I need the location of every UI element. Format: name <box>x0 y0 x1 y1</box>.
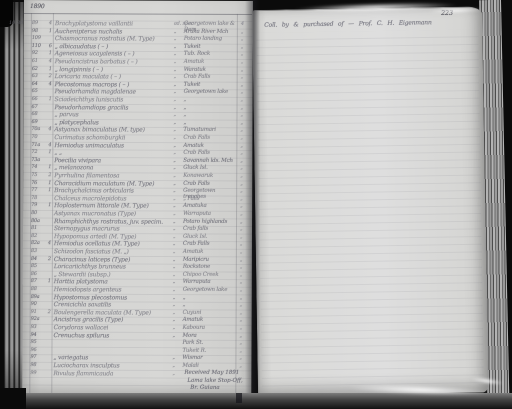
row-qty: 1 <box>49 50 52 56</box>
row-num: 74 <box>31 164 49 170</box>
row-name: Crenicichla saxatilis <box>54 301 174 309</box>
row-mark: „ <box>240 150 242 156</box>
row-num: 88 <box>31 286 49 292</box>
row-loc: „ <box>183 112 239 118</box>
row-name: Astyanax mucronatus (Type) <box>54 210 174 218</box>
row-loc: Waratuk <box>184 66 240 72</box>
row-num: 95 <box>30 339 48 345</box>
row-cond: „ <box>173 173 175 179</box>
row-num: 73a <box>31 157 49 163</box>
row-loc: „ <box>183 294 239 300</box>
row-num: 92a <box>31 316 49 322</box>
row-name: Brachyplatystoma vaillantii <box>55 20 175 28</box>
row-qty: 4 <box>49 20 52 26</box>
row-cond: „ <box>172 370 174 376</box>
row-cond: „ <box>174 36 176 42</box>
row-mark: „ <box>240 127 242 133</box>
row-qty: 1 <box>49 96 52 102</box>
dark-corner-bottom-left <box>0 388 26 409</box>
row-num: 85 <box>31 263 49 269</box>
row-mark: „ <box>241 59 243 65</box>
row-num: 98 <box>32 28 50 34</box>
row-name: Ancistrus gracilis (Type) <box>54 317 174 325</box>
row-name: Loricaria maculata ( – ) <box>55 73 175 81</box>
row-num: 93 <box>31 324 49 330</box>
row-loc: Amatuk <box>184 59 240 65</box>
row-mark: „ <box>240 188 242 194</box>
row-name: Chasmocranus rostratus (M. Type) <box>55 35 175 43</box>
row-loc: Tub. Rock <box>184 51 240 57</box>
row-mark: „ <box>239 363 241 369</box>
row-cond: „ <box>173 203 175 209</box>
bottom-note-line: Received May 1891 <box>184 370 254 378</box>
row-qty: 4 <box>49 81 52 87</box>
row-num: 86 <box>31 271 49 277</box>
row-loc: Amatuka <box>183 203 239 209</box>
row-name: Harttia platystoma <box>54 279 174 287</box>
row-cond: „ <box>174 97 176 103</box>
row-mark: „ <box>241 89 243 95</box>
row-loc: Malali <box>182 363 238 369</box>
row-mark: „ <box>241 74 243 80</box>
row-cond: „ <box>173 112 175 118</box>
row-loc: „ <box>183 302 239 308</box>
row-cond: „ <box>172 355 174 361</box>
row-cond: „ <box>174 89 176 95</box>
row-num: 99 <box>30 370 48 376</box>
row-mark: „ <box>240 120 242 126</box>
row-name: Hemiodus unimaculatus <box>54 142 174 150</box>
row-num: 65 <box>32 88 50 94</box>
row-cond: „ <box>173 157 175 163</box>
row-cond: „ <box>173 211 175 217</box>
row-mark: „ <box>240 143 242 149</box>
row-cond: „ <box>173 135 175 141</box>
row-loc: Georgetown lake <box>184 89 240 95</box>
row-cond: „ <box>174 28 176 34</box>
row-cond: „ <box>173 150 175 156</box>
row-cond: „ <box>173 264 175 270</box>
row-qty: 1 <box>48 278 51 284</box>
margin-note: 10 30 <box>9 20 23 26</box>
row-mark: „ <box>241 36 243 42</box>
row-qty: 1 <box>48 180 51 186</box>
row-mark: „ <box>240 181 242 187</box>
row-cond: „ <box>173 332 175 338</box>
row-num: 69 <box>31 119 49 125</box>
row-cond: „ <box>173 226 175 232</box>
row-name: Loricariichthys brunneus <box>54 263 174 271</box>
row-mark: „ <box>240 241 242 247</box>
row-cond: „ <box>173 188 175 194</box>
row-name: Astyanax bimaculatus (M. type) <box>54 127 174 135</box>
row-num: 84 <box>31 256 49 262</box>
row-mark: „ <box>240 310 242 316</box>
row-mark: „ <box>241 82 243 88</box>
row-mark: „ <box>240 112 242 118</box>
row-name: „ parvus <box>54 111 174 119</box>
row-num: 66 <box>32 96 50 102</box>
row-name: Hemiodopsis argenteus <box>54 286 174 294</box>
row-cond: „ <box>173 218 175 224</box>
row-loc: Mora <box>183 332 239 338</box>
row-mark: „ <box>239 340 241 346</box>
row-num: 62 <box>32 66 50 72</box>
row-cond: „ <box>173 302 175 308</box>
row-num: 94 <box>31 332 49 338</box>
ruled-lines-right <box>256 29 484 391</box>
row-name: „ „ <box>54 149 174 157</box>
row-num: 97 <box>30 354 48 360</box>
row-num: 83 <box>31 248 49 254</box>
row-loc: Cuyuni <box>183 309 239 315</box>
row-name: Characinus laticeps (Type) <box>54 256 174 264</box>
row-cond: „ <box>173 127 175 133</box>
row-mark: „ <box>240 279 242 285</box>
row-loc: Amatuk <box>183 317 239 323</box>
row-mark: „ <box>240 333 242 339</box>
row-name: Ageneiosus ucayalensis ( – ) <box>55 51 175 59</box>
row-mark: „ <box>240 295 242 301</box>
row-mark: „ <box>240 249 242 255</box>
row-name: Corydoras wallacei <box>54 324 174 332</box>
row-qty: 2 <box>48 256 51 262</box>
row-loc: Konawaruk <box>183 173 239 179</box>
row-mark: „ <box>240 234 242 240</box>
row-loc: Park St. <box>182 340 238 346</box>
row-num: 80 <box>31 210 49 216</box>
row-cond: „ <box>173 180 175 186</box>
row-cond: „ <box>173 294 175 300</box>
row-qty: 1 <box>49 66 52 72</box>
row-cond: „ <box>173 279 175 285</box>
row-mark: 4 <box>241 21 244 27</box>
row-mark: „ <box>241 29 243 35</box>
row-cond: „ <box>173 317 175 323</box>
row-qty: 1 <box>48 149 51 155</box>
row-loc: Warraputa <box>183 211 239 217</box>
row-qty: 1 <box>48 164 51 170</box>
row-name: „ melanozona <box>54 165 174 173</box>
row-num: 96 <box>30 347 48 353</box>
row-cond: „ <box>173 256 175 262</box>
gutter-shadow <box>245 0 260 397</box>
row-cond: „ <box>174 51 176 57</box>
row-num: 98 <box>30 362 48 368</box>
row-name: Poecilia vivipara <box>54 157 174 165</box>
row-loc: Crab Falls <box>183 180 239 186</box>
row-num: 63 <box>32 73 50 79</box>
gutter-bottom-mark <box>236 393 242 403</box>
row-qty: 4 <box>48 142 51 148</box>
row-name: Characidium maculatum (M. Type) <box>54 180 174 188</box>
row-name: Hemiodus ocellatus (M. Type) <box>54 241 174 249</box>
row-num: 72 <box>31 149 49 155</box>
row-mark: „ <box>240 173 242 179</box>
row-name: Rivulus flammicauda <box>53 370 173 378</box>
row-mark: „ <box>241 67 243 73</box>
row-loc: „ Falls <box>183 195 239 201</box>
row-mark: „ <box>240 317 242 323</box>
row-mark: „ <box>240 219 242 225</box>
row-cond: „ <box>173 287 175 293</box>
row-qty: 6 <box>49 43 52 49</box>
row-name: Pseudorhamdia magdalenae <box>55 89 175 97</box>
row-num: 78 <box>31 195 49 201</box>
row-name: Pseudorhamdiops gracilis <box>55 104 175 112</box>
row-mark: „ <box>240 211 242 217</box>
row-loc: Crab Falls <box>183 135 239 141</box>
row-num: 92 <box>32 50 50 56</box>
row-cond: „ <box>173 309 175 315</box>
row-num: 109 <box>32 35 50 41</box>
row-mark: „ <box>240 302 242 308</box>
row-name: Sciadeichthys luniscutis <box>55 96 175 104</box>
row-cond: „ <box>174 81 176 87</box>
row-mark: „ <box>240 165 242 171</box>
row-name: Plecostomus macrops ( – ) <box>55 81 175 89</box>
row-num: 90 <box>31 301 49 307</box>
register-rows: 894Brachyplatystoma vaillantiiad. specGe… <box>22 0 253 396</box>
row-num: 79 <box>31 202 49 208</box>
row-loc: Aruka River Mch <box>184 28 240 34</box>
row-cond: „ <box>174 43 176 49</box>
row-mark: „ <box>241 51 243 57</box>
row-loc: Potaro highlands <box>183 218 239 224</box>
row-cond: „ <box>173 142 175 148</box>
row-name: Pyrrhulina filamentosa <box>54 172 174 180</box>
row-loc: Crab Falls <box>184 74 240 80</box>
row-mark: „ <box>240 325 242 331</box>
row-qty: 1 <box>48 202 51 208</box>
row-loc: Crab Falls <box>183 150 239 156</box>
row-cond: „ <box>173 271 175 277</box>
row-num: 87 <box>31 278 49 284</box>
row-name: „ Stewardii (subsp.) <box>54 271 174 279</box>
row-num: 61 <box>32 58 50 64</box>
row-mark: „ <box>240 272 242 278</box>
row-loc: Gluck Isl. <box>183 233 239 239</box>
row-mark: „ <box>239 348 241 354</box>
row-num: 71a <box>31 142 49 148</box>
row-loc: Warraputa <box>183 279 239 285</box>
row-cond: „ <box>173 119 175 125</box>
book-spread-scan: 1890 894Brachyplatystoma vaillantiiad. s… <box>0 0 512 409</box>
row-mark: „ <box>240 264 242 270</box>
row-loc: „ <box>184 104 240 110</box>
row-cond: „ <box>173 325 175 331</box>
row-qty: 1 <box>48 187 51 193</box>
row-loc: Crab Falls <box>183 241 239 247</box>
row-loc: Wismar <box>182 355 238 361</box>
row-num: 77 <box>31 187 49 193</box>
row-loc: Kaboura <box>183 325 239 331</box>
row-cond: „ <box>174 104 176 110</box>
row-loc: „ <box>183 119 239 125</box>
row-name: Auchenipterus nuchalis <box>55 28 175 36</box>
row-mark: „ <box>240 135 242 141</box>
row-loc: Potaro landing <box>184 36 240 42</box>
row-loc: Gluck Isl. <box>183 165 239 171</box>
acquisition-note: Coll. by & purchased of — Prof. C. H. Ei… <box>264 19 431 29</box>
row-qty: 1 <box>49 28 52 34</box>
row-loc: „ <box>184 97 240 103</box>
row-loc: Georgetown lake <box>183 287 239 293</box>
row-qty: 2 <box>48 172 51 178</box>
row-num: 81 <box>31 225 49 231</box>
row-name: Crenuchus spilurus <box>54 332 174 340</box>
row-mark: „ <box>241 97 243 103</box>
row-num: 82a <box>31 240 49 246</box>
row-mark: „ <box>240 196 242 202</box>
row-cond: „ <box>173 233 175 239</box>
row-name: Hoplosternum littorale (M. Type) <box>54 203 174 211</box>
bottom-note: Received May 1891Lama lake Stop-Off,Br. … <box>184 370 254 393</box>
row-num: 91 <box>31 309 49 315</box>
row-cond: „ <box>174 74 176 80</box>
left-page: 1890 894Brachyplatystoma vaillantiiad. s… <box>22 0 253 396</box>
row-num: 70 <box>31 134 49 140</box>
row-loc: Chipoo Creek <box>183 271 239 277</box>
row-cond: „ <box>172 363 174 369</box>
row-mark: „ <box>240 226 242 232</box>
row-name: Sternopygus macrurus <box>54 225 174 233</box>
row-num: 82 <box>31 233 49 239</box>
row-name: Schizodon fasciatus (M. „) <box>54 248 174 256</box>
row-cond: „ <box>173 165 175 171</box>
row-num: 64 <box>32 81 50 87</box>
row-loc: Crab falls <box>183 226 239 232</box>
row-mark: „ <box>241 44 243 50</box>
row-mark: „ <box>240 203 242 209</box>
row-loc: Maripicru <box>183 256 239 262</box>
row-cond: „ <box>173 249 175 255</box>
row-num: 75 <box>31 172 49 178</box>
row-mark: „ <box>240 257 242 263</box>
row-num: 80a <box>31 218 49 224</box>
row-num: 76 <box>31 180 49 186</box>
row-num: 70a <box>31 126 49 132</box>
row-num: 89a <box>31 294 49 300</box>
row-name: Curimatus schomburgkii <box>54 134 174 142</box>
right-page: 223 Coll. by & purchased of — Prof. C. H… <box>252 6 488 396</box>
row-loc: Tumatumari <box>183 127 239 133</box>
row-mark: „ <box>239 355 241 361</box>
row-qty: 2 <box>49 73 52 79</box>
row-num: 110 <box>32 43 50 49</box>
row-loc: Tukeit <box>184 43 240 49</box>
row-name: „ longipinnis ( – ) <box>55 66 175 74</box>
row-qty: 4 <box>48 126 51 132</box>
row-cond: „ <box>174 66 176 72</box>
row-mark: „ <box>241 105 243 111</box>
row-mark: „ <box>240 158 242 164</box>
row-cond: „ <box>174 59 176 65</box>
row-name: Rhamphichthys rostratus, juv. specim. <box>54 218 174 226</box>
row-num: 68 <box>31 111 49 117</box>
row-num: 67 <box>32 104 50 110</box>
row-loc: Tukeit R. <box>182 347 238 353</box>
row-loc: Rockstone <box>183 264 239 270</box>
row-qty: 4 <box>48 240 51 246</box>
row-qty: 4 <box>49 58 52 64</box>
row-loc: Tukeit <box>184 81 240 87</box>
row-loc: Amatuk <box>183 142 239 148</box>
row-loc: Savannah lds. Mch <box>183 157 239 163</box>
row-name: „ variegatus <box>53 355 173 363</box>
row-name: Luciocharax insculptus <box>53 362 173 370</box>
row-cond: „ <box>173 241 175 247</box>
row-cond: „ <box>173 195 175 201</box>
row-qty: 2 <box>48 309 51 315</box>
row-name: Brachychalcinus orbicularis <box>54 187 174 195</box>
row-mark: „ <box>240 287 242 293</box>
row-loc: Amatuk <box>183 249 239 255</box>
row-name: Pseudancistrus barbatus ( – ) <box>55 58 175 66</box>
row-name: Hypostomus plecostomus <box>54 294 174 302</box>
row-num: 89 <box>32 20 50 26</box>
